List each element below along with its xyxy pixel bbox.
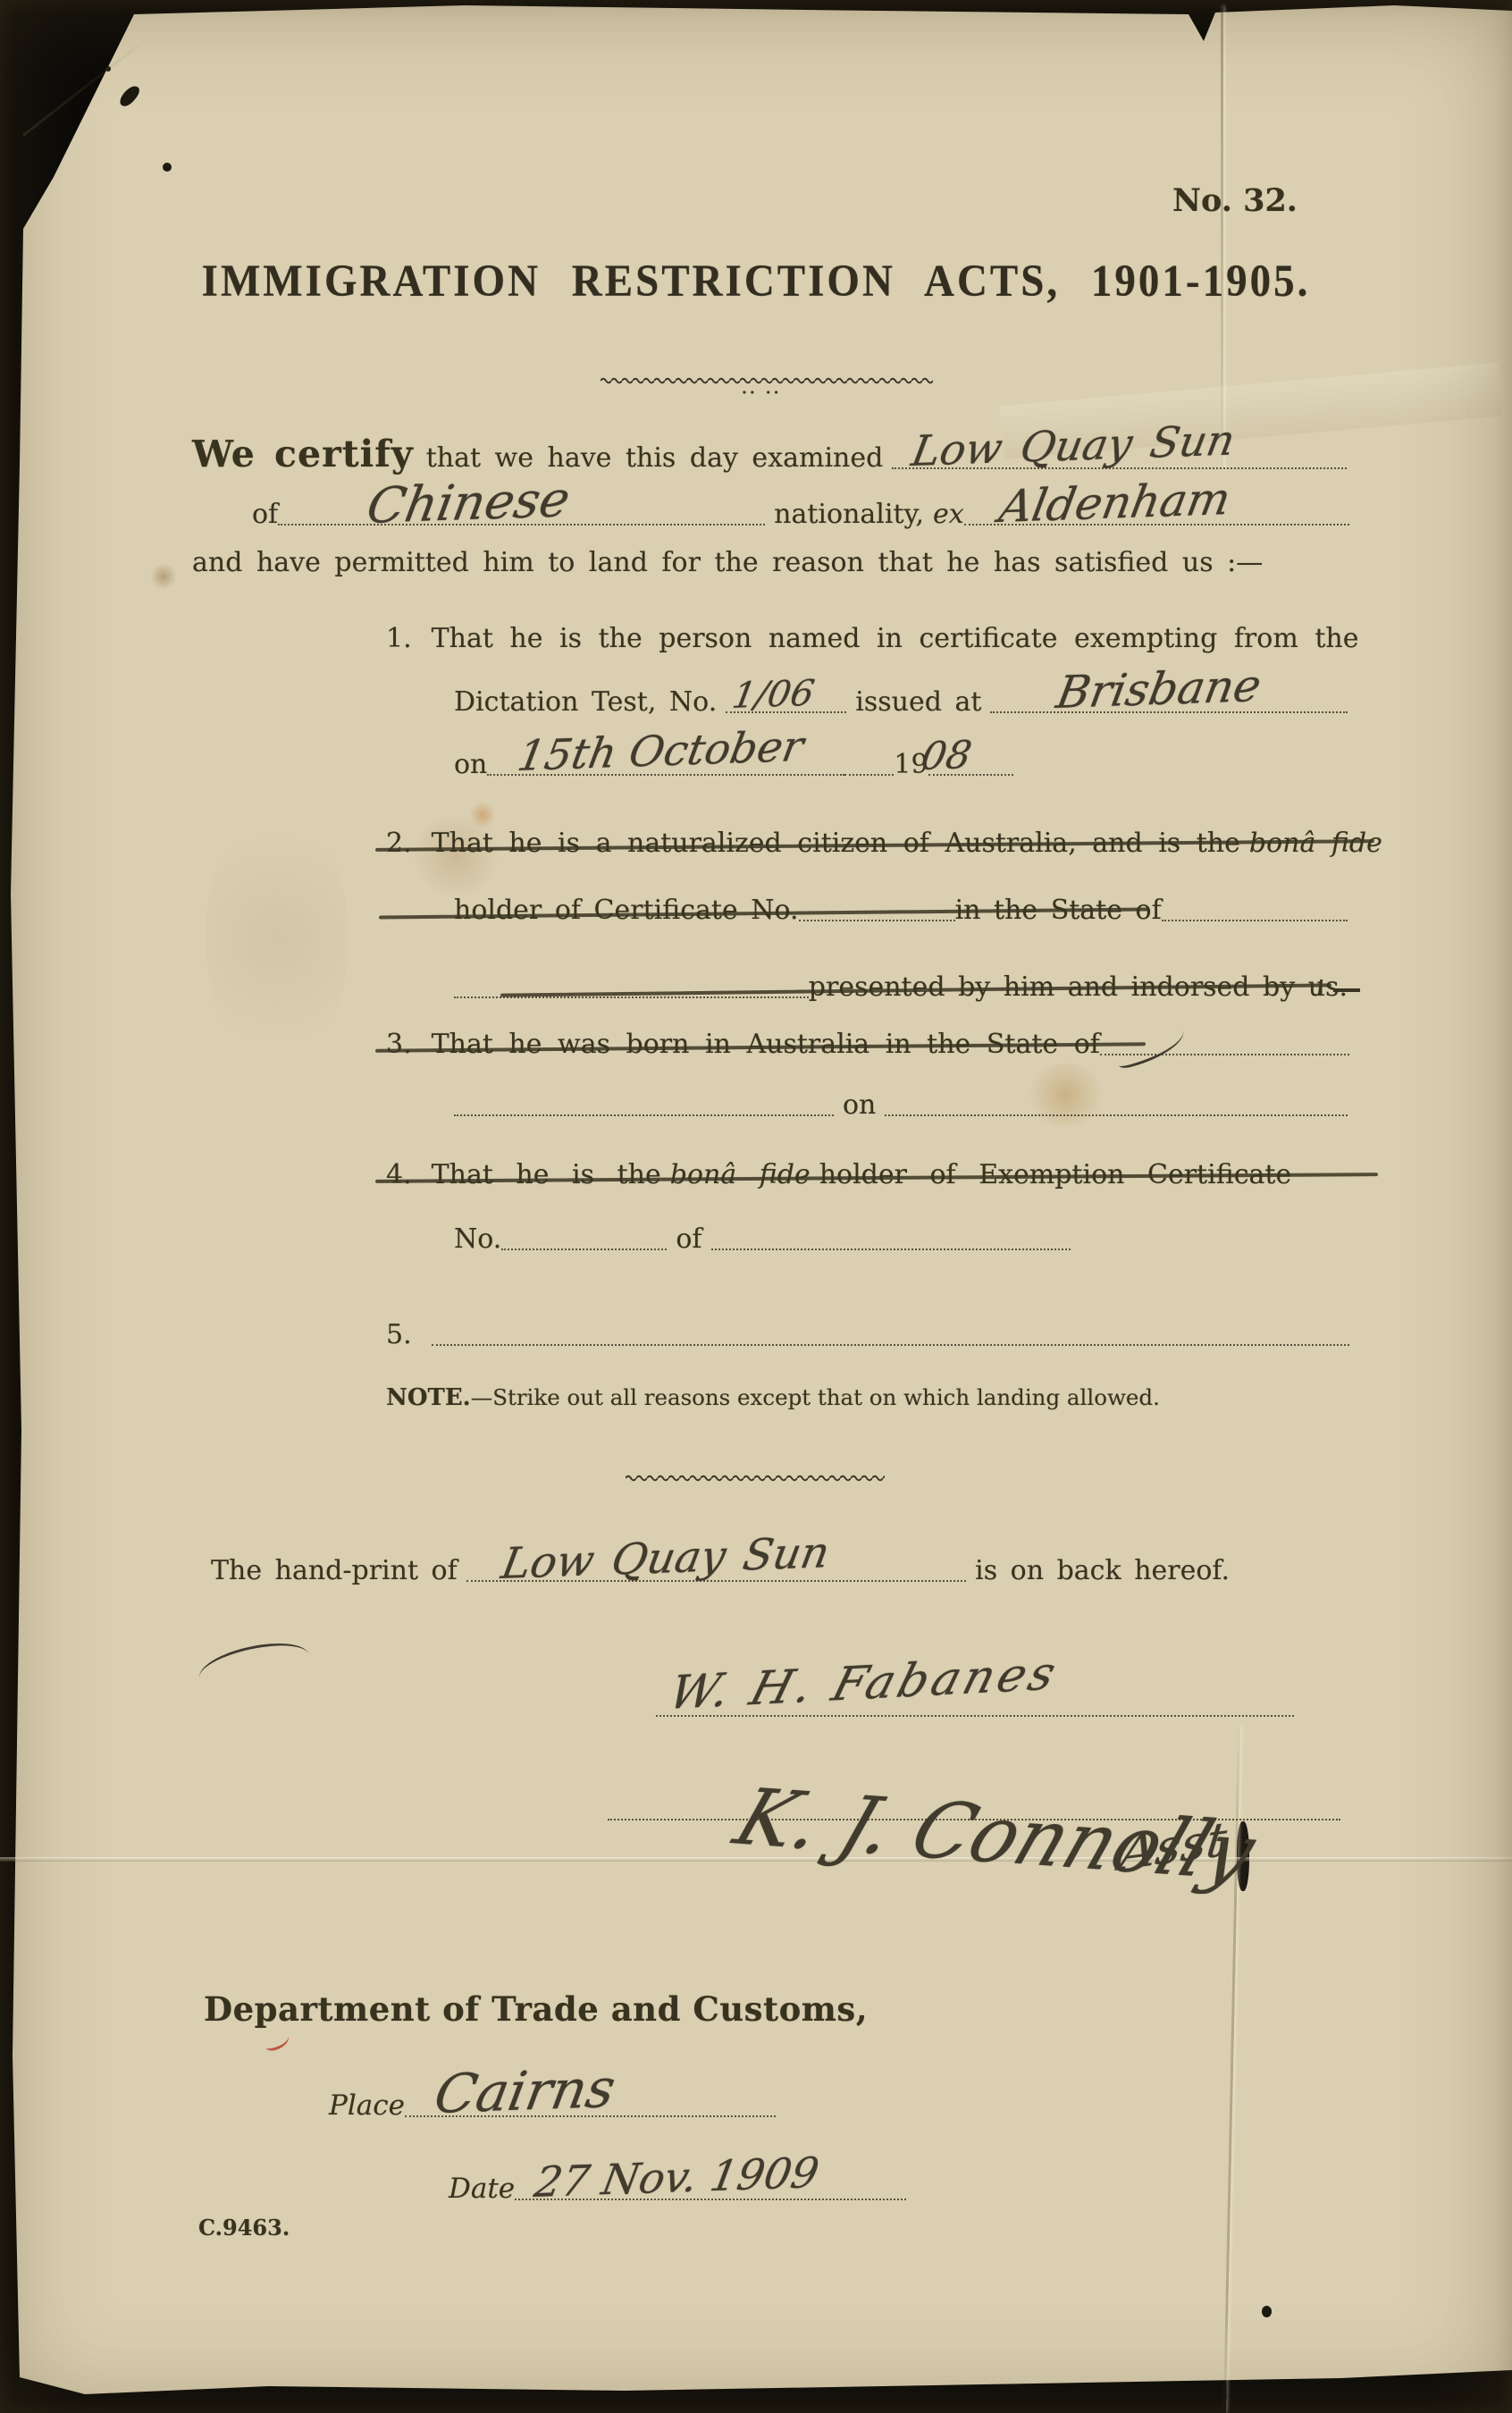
place-label: Place (329, 2089, 405, 2122)
leader-field (454, 1104, 834, 1116)
born-date-field (885, 1104, 1348, 1116)
of-label: of (252, 499, 278, 530)
reason2-number: 2. (386, 828, 412, 859)
reason1-line3: on 15th October 19 08 (454, 749, 1019, 780)
reason4-text1a: That he is the (432, 1159, 661, 1190)
reason5-field (432, 1333, 1349, 1346)
reason3-number: 3. (386, 1029, 412, 1060)
reason4-bonafide: bonâ fide (670, 1159, 811, 1190)
document-title: IMMIGRATION RESTRICTION ACTS, 1901-1905. (179, 256, 1333, 307)
handprint-text-a: The hand-print of (211, 1555, 458, 1586)
reason4-text2a: No. (454, 1223, 501, 1255)
reason5-line: 5. (386, 1319, 1349, 1350)
issued-date-field: 15th October (487, 763, 844, 776)
examined-name-field: Low Quay Sun (892, 457, 1347, 469)
reason1-text2a: Dictation Test, No. (454, 686, 717, 718)
certify-rest: that we have this day examined (426, 442, 884, 474)
date-leader (844, 763, 894, 776)
date-row: Date 27 Nov. 1909 (449, 2173, 906, 2205)
signature1-line: W. H. Fabanes (656, 1704, 1294, 1717)
reason1-text2b: issued at (855, 686, 981, 718)
cert-number-field: 1/06 (726, 701, 846, 713)
handprint-line: The hand-print of Low Quay Sun is on bac… (211, 1555, 1230, 1586)
place-field: Cairns (405, 2105, 776, 2117)
ship-field: Aldenham (964, 513, 1349, 525)
note-lead: NOTE. (386, 1384, 471, 1411)
handwritten-examined-name: Low Quay Sun (908, 416, 1239, 476)
document-number: No. 32. (1172, 182, 1298, 219)
ink-speck (163, 163, 172, 172)
handwritten-place: Cairns (430, 2057, 620, 2126)
reason1-line2: Dictation Test, No. 1/06 issued at Brisb… (454, 686, 1348, 718)
nationality-label: nationality, (774, 499, 924, 530)
scanned-certificate: No. 32. IMMIGRATION RESTRICTION ACTS, 19… (0, 0, 1512, 2413)
reason1-text1: That he is the person named in certifica… (432, 623, 1359, 654)
ink-speck (105, 66, 111, 71)
form-number: C.9463. (198, 2215, 290, 2241)
handprint-name-field: Low Quay Sun (466, 1569, 966, 1582)
reason4-number: 4. (386, 1159, 412, 1190)
handwritten-cert-number: 1/06 (729, 673, 818, 717)
note-rest: —Strike out all reasons except that on w… (471, 1384, 1160, 1410)
handwritten-issued-date: 15th October (514, 722, 807, 781)
reason1-text3a: on (454, 749, 487, 780)
certify-line2: of Chinese nationality, ex Aldenham (252, 499, 1349, 530)
handwritten-year: 08 (918, 733, 975, 779)
handwritten-handprint-name: Low Quay Sun (498, 1527, 834, 1589)
handwritten-date: 27 Nov. 1909 (531, 2148, 823, 2207)
handwritten-issued-place: Brisbane (1053, 660, 1265, 719)
reason1-number: 1. (386, 623, 412, 654)
note-line: NOTE. —Strike out all reasons except tha… (407, 1384, 1139, 1411)
issued-at-field: Brisbane (990, 701, 1348, 713)
paper-sheet (0, 0, 1512, 2413)
document-number-text: No. 32. (1172, 182, 1298, 219)
nationality-field: Chinese (278, 513, 765, 525)
handwritten-ship-name: Aldenham (995, 473, 1234, 533)
reason5-number: 5. (386, 1319, 412, 1350)
exemption-of-field (711, 1238, 1071, 1250)
ornament-dots: ·· ·· (742, 384, 782, 402)
department-line: Department of Trade and Customs, (204, 1989, 868, 2029)
ink-speck (1262, 2306, 1272, 2317)
certify-line3: and have permitted him to land for the r… (192, 547, 1263, 578)
exemption-no-field (501, 1238, 667, 1250)
date-label: Date (449, 2173, 515, 2205)
reason2-text2a: holder of Certificate No. (454, 895, 799, 926)
reason3-line2: on (454, 1089, 1348, 1121)
certify-lead: We certify (192, 433, 414, 475)
ex-label: ex (933, 499, 964, 530)
handwritten-nationality: Chinese (363, 470, 575, 534)
place-row: Place Cairns (329, 2089, 776, 2122)
certify-line1: We certify that we have this day examine… (192, 433, 1347, 475)
handprint-text-b: is on back hereof. (975, 1555, 1230, 1586)
reason4-line2: No. of (454, 1223, 1071, 1255)
signature2-line: K. J. Connolly (608, 1808, 1340, 1820)
reason1-line1: 1. That he is the person named in certif… (386, 623, 1358, 654)
reason3-text2: on (843, 1089, 876, 1121)
year-field: 08 (928, 763, 1013, 776)
state-field (1162, 909, 1348, 921)
date-field: 27 Nov. 1909 (515, 2188, 906, 2200)
reason4-text2b: of (676, 1223, 701, 1255)
